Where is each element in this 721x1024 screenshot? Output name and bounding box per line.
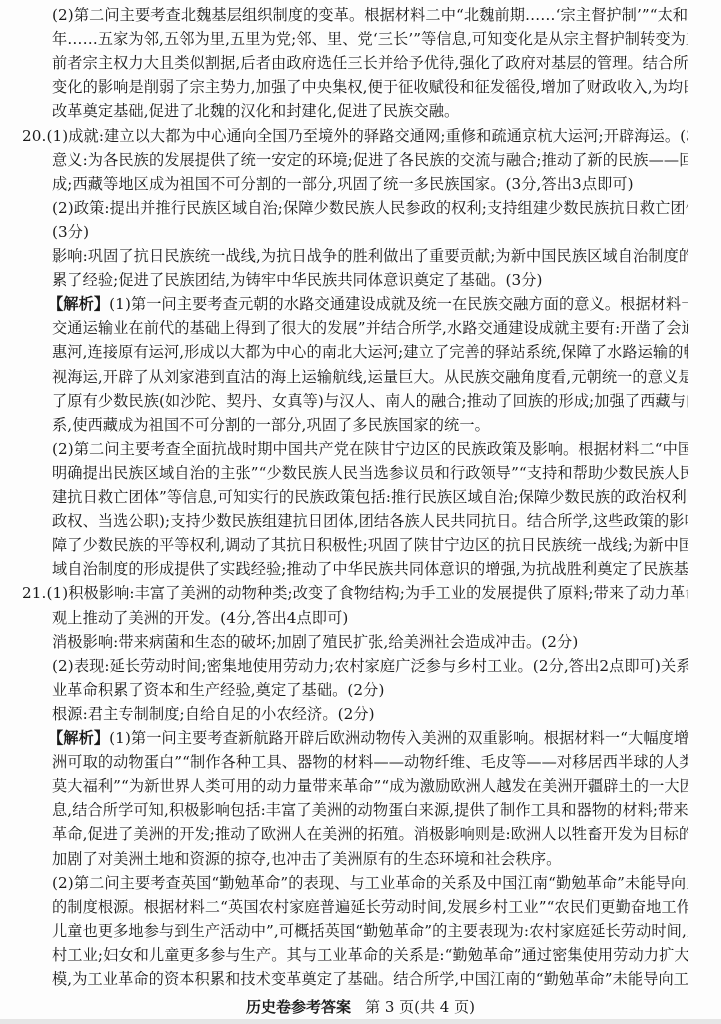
- line-text: 交通运输业在前代的基础上得到了很大的发展”并结合所学,水路交通建设成就主要有:开…: [52, 319, 688, 337]
- text-line: 村工业;妇女和儿童更多参与生产。其与工业革命的关系是:“勤勉革命”通过密集使用劳…: [52, 943, 688, 967]
- line-text: 革命,促进了美洲的开发;推动了欧洲人在美洲的拓殖。消极影响则是:欧洲人以牲畜开发…: [52, 825, 688, 843]
- question-line: 21.(1)积极影响:丰富了美洲的动物种类;改变了食物结构;为手工业的发展提供了…: [22, 581, 688, 605]
- line-text: 业革命积累了资本和生产经验,奠定了基础。(2分): [52, 681, 385, 699]
- line-text: 视海运,开辟了从刘家港到直沽的海上运输航线,运量巨大。从民族交融角度看,元朝统一…: [52, 368, 688, 386]
- line-text: 村工业;妇女和儿童更多参与生产。其与工业革命的关系是:“勤勉革命”通过密集使用劳…: [52, 946, 688, 964]
- line-text: 了原有少数民族(如沙陀、契丹、女真等)与汉人、南人的融合;推动了回族的形成;加强…: [52, 392, 688, 410]
- line-text: 影响:巩固了抗日民族统一战线,为抗日战争的胜利做出了重要贡献;为新中国民族区域自…: [52, 247, 688, 265]
- line-text: (1)第一问主要考查新航路开辟后欧洲动物传入美洲的双重影响。根据材料一“大幅度增…: [109, 729, 688, 747]
- line-text: 儿童也更多地参与到生产活动中”,可概括英国“勤勉革命”的主要表现为:农村家庭延长…: [52, 922, 688, 940]
- line-text: (2)第二问主要考查全面抗战时期中国共产党在陕甘宁边区的民族政策及影响。根据材料…: [52, 440, 688, 458]
- text-line: (2)第二问主要考查英国“勤勉革命”的表现、与工业革命的关系及中国江南“勤勉革命…: [52, 871, 688, 895]
- line-text: 明确提出民族区域自治的主张”“少数民族人民当选参议员和行政领导”“支持和帮助少数…: [52, 464, 688, 482]
- line-text: 域自治制度的形成提供了实践经验;推动了中华民族共同体意识的增强,为抗战胜利奠定了…: [52, 560, 688, 578]
- line-text: 观上推动了美洲的开发。(4分,答出4点即可): [52, 609, 348, 627]
- text-line: 的制度根源。根据材料二“英国农村家庭普遍延长劳动时间,发展乡村工业”“农民们更勤…: [52, 895, 688, 919]
- line-text: 年……五家为邻,五邻为里,五里为党;邻、里、党‘三长’”等信息,可知变化是从宗主…: [52, 30, 688, 48]
- text-line: 政权、当选公职);支持少数民族组建抗日团体,团结各族人民共同抗日。结合所学,这些…: [52, 509, 688, 533]
- text-line: 意义:为各民族的发展提供了统一安定的环境;促进了各民族的交流与融合;推动了新的民…: [52, 148, 688, 172]
- question-line: 20.(1)成就:建立以大都为中心通向全国乃至境外的驿路交通网;重修和疏通京杭大…: [22, 124, 688, 148]
- text-line: 改革奠定基础,促进了北魏的汉化和封建化,促进了民族交融。: [52, 99, 688, 123]
- line-text: (2)第二问主要考查英国“勤勉革命”的表现、与工业革命的关系及中国江南“勤勉革命…: [52, 874, 688, 892]
- text-line: 成;西藏等地区成为祖国不可分割的一部分,巩固了统一多民族国家。(3分,答出3点即…: [52, 172, 688, 196]
- line-text: 改革奠定基础,促进了北魏的汉化和封建化,促进了民族交融。: [52, 102, 459, 120]
- line-text: (2)第二问主要考查北魏基层组织制度的变革。根据材料二中“北魏前期……‘宗主督护…: [52, 6, 688, 24]
- bottom-edge: [0, 1019, 721, 1024]
- text-line: 了原有少数民族(如沙陀、契丹、女真等)与汉人、南人的融合;推动了回族的形成;加强…: [52, 389, 688, 413]
- text-line: 消极影响:带来病菌和生态的破坏;加剧了殖民扩张,给美洲社会造成冲击。(2分): [52, 630, 688, 654]
- footer-page-number: 第 3 页(共 4 页): [365, 998, 475, 1016]
- line-text: 息,结合所学可知,积极影响包括:丰富了美洲的动物蛋白来源,提供了制作工具和器物的…: [52, 801, 688, 819]
- line-text: 洲可取的动物蛋白”“制作各种工具、器物的材料——动物纤维、毛皮等——对移居西半球…: [52, 753, 688, 771]
- line-text: 前者宗主权力大且类似割据,后者由政府选任三长并给予优待,强化了政府对基层的管理。…: [52, 54, 688, 72]
- text-line: 明确提出民族区域自治的主张”“少数民族人民当选参议员和行政领导”“支持和帮助少数…: [52, 461, 688, 485]
- line-text: 莫大福利”“为新世界人类可用的动力量带来革命”“成为激励欧洲人越发在美洲开疆辟土…: [52, 777, 688, 795]
- footer-title: 历史卷参考答案: [246, 998, 351, 1016]
- text-line: 影响:巩固了抗日民族统一战线,为抗日战争的胜利做出了重要贡献;为新中国民族区域自…: [52, 244, 688, 268]
- line-text: (3分): [52, 223, 89, 241]
- text-line: 息,结合所学可知,积极影响包括:丰富了美洲的动物蛋白来源,提供了制作工具和器物的…: [52, 798, 688, 822]
- line-text: (2)政策:提出并推行民族区域自治;保障少数民族人民参政的权利;支持组建少数民族…: [52, 199, 688, 217]
- line-text: (2)表现:延长劳动时间;密集地使用劳动力;农村家庭广泛参与乡村工业。(2分,答…: [52, 657, 688, 675]
- answer-key-page: (2)第二问主要考查北魏基层组织制度的变革。根据材料二中“北魏前期……‘宗主督护…: [0, 0, 721, 1024]
- text-line: (2)政策:提出并推行民族区域自治;保障少数民族人民参政的权利;支持组建少数民族…: [52, 196, 688, 220]
- page-footer: 历史卷参考答案第 3 页(共 4 页): [0, 995, 721, 1019]
- line-text: 21.(1)积极影响:丰富了美洲的动物种类;改变了食物结构;为手工业的发展提供了…: [22, 584, 688, 602]
- text-line: 模,为工业革命的资本积累和技术变革奠定了基础。结合所学,中国江南的“勤勉革命”未…: [52, 967, 688, 991]
- text-line: 系,使西藏成为祖国不可分割的一部分,巩固了多民族国家的统一。: [52, 413, 688, 437]
- line-text: 根源:君主专制制度;自给自足的小农经济。(2分): [52, 705, 375, 723]
- analysis-label: 【解析】: [48, 729, 109, 747]
- text-line: 根源:君主专制制度;自给自足的小农经济。(2分): [52, 702, 688, 726]
- analysis-line: 【解析】(1)第一问主要考查新航路开辟后欧洲动物传入美洲的双重影响。根据材料一“…: [48, 726, 688, 750]
- text-line: 前者宗主权力大且类似割据,后者由政府选任三长并给予优待,强化了政府对基层的管理。…: [52, 51, 688, 75]
- text-line: 莫大福利”“为新世界人类可用的动力量带来革命”“成为激励欧洲人越发在美洲开疆辟土…: [52, 774, 688, 798]
- text-line: 观上推动了美洲的开发。(4分,答出4点即可): [52, 606, 688, 630]
- line-text: 成;西藏等地区成为祖国不可分割的一部分,巩固了统一多民族国家。(3分,答出3点即…: [52, 175, 634, 193]
- text-line: (2)第二问主要考查北魏基层组织制度的变革。根据材料二中“北魏前期……‘宗主督护…: [52, 3, 688, 27]
- text-line: 年……五家为邻,五邻为里,五里为党;邻、里、党‘三长’”等信息,可知变化是从宗主…: [52, 27, 688, 51]
- text-line: 业革命积累了资本和生产经验,奠定了基础。(2分): [52, 678, 688, 702]
- line-text: (1)第一问主要考查元朝的水路交通建设成就及统一在民族交融方面的意义。根据材料一…: [109, 295, 688, 313]
- line-text: 的制度根源。根据材料二“英国农村家庭普遍延长劳动时间,发展乡村工业”“农民们更勤…: [52, 898, 688, 916]
- text-line: 建抗日救亡团体”等信息,可知实行的民族政策包括:推行民族区域自治;保障少数民族的…: [52, 485, 688, 509]
- line-text: 意义:为各民族的发展提供了统一安定的环境;促进了各民族的交流与融合;推动了新的民…: [52, 151, 688, 169]
- text-line: 域自治制度的形成提供了实践经验;推动了中华民族共同体意识的增强,为抗战胜利奠定了…: [52, 557, 688, 581]
- text-line: 洲可取的动物蛋白”“制作各种工具、器物的材料——动物纤维、毛皮等——对移居西半球…: [52, 750, 688, 774]
- text-line: 革命,促进了美洲的开发;推动了欧洲人在美洲的拓殖。消极影响则是:欧洲人以牲畜开发…: [52, 822, 688, 846]
- text-line: 加剧了对美洲土地和资源的掠夺,也冲击了美洲原有的生态环境和社会秩序。: [52, 847, 688, 871]
- analysis-line: 【解析】(1)第一问主要考查元朝的水路交通建设成就及统一在民族交融方面的意义。根…: [48, 292, 688, 316]
- text-line: 交通运输业在前代的基础上得到了很大的发展”并结合所学,水路交通建设成就主要有:开…: [52, 316, 688, 340]
- line-text: 障了少数民族的平等权利,调动了其抗日积极性;巩固了陕甘宁边区的抗日民族统一战线;…: [52, 536, 688, 554]
- line-text: 建抗日救亡团体”等信息,可知实行的民族政策包括:推行民族区域自治;保障少数民族的…: [52, 488, 688, 506]
- line-text: 模,为工业革命的资本积累和技术变革奠定了基础。结合所学,中国江南的“勤勉革命”未…: [52, 970, 688, 988]
- text-line: (3分): [52, 220, 688, 244]
- text-line: 儿童也更多地参与到生产活动中”,可概括英国“勤勉革命”的主要表现为:农村家庭延长…: [52, 919, 688, 943]
- analysis-label: 【解析】: [48, 295, 109, 313]
- line-text: 系,使西藏成为祖国不可分割的一部分,巩固了多民族国家的统一。: [52, 416, 490, 434]
- line-text: 政权、当选公职);支持少数民族组建抗日团体,团结各族人民共同抗日。结合所学,这些…: [52, 512, 688, 530]
- line-text: 加剧了对美洲土地和资源的掠夺,也冲击了美洲原有的生态环境和社会秩序。: [52, 850, 561, 868]
- text-line: 累了经验;促进了民族团结,为铸牢中华民族共同体意识奠定了基础。(3分): [52, 268, 688, 292]
- line-text: 20.(1)成就:建立以大都为中心通向全国乃至境外的驿路交通网;重修和疏通京杭大…: [22, 127, 688, 145]
- text-line: 视海运,开辟了从刘家港到直沽的海上运输航线,运量巨大。从民族交融角度看,元朝统一…: [52, 365, 688, 389]
- text-line: (2)第二问主要考查全面抗战时期中国共产党在陕甘宁边区的民族政策及影响。根据材料…: [52, 437, 688, 461]
- line-text: 变化的影响是削弱了宗主势力,加强了中央集权,便于征收赋役和征发徭役,增加了财政收…: [52, 78, 688, 96]
- text-line: 障了少数民族的平等权利,调动了其抗日积极性;巩固了陕甘宁边区的抗日民族统一战线;…: [52, 533, 688, 557]
- text-line: (2)表现:延长劳动时间;密集地使用劳动力;农村家庭广泛参与乡村工业。(2分,答…: [52, 654, 688, 678]
- text-line: 惠河,连接原有运河,形成以大都为中心的南北大运河;建立了完善的驿站系统,保障了水…: [52, 340, 688, 364]
- line-text: 消极影响:带来病菌和生态的破坏;加剧了殖民扩张,给美洲社会造成冲击。(2分): [52, 633, 578, 651]
- text-line: 变化的影响是削弱了宗主势力,加强了中央集权,便于征收赋役和征发徭役,增加了财政收…: [52, 75, 688, 99]
- line-text: 累了经验;促进了民族团结,为铸牢中华民族共同体意识奠定了基础。(3分): [52, 271, 543, 289]
- line-text: 惠河,连接原有运河,形成以大都为中心的南北大运河;建立了完善的驿站系统,保障了水…: [52, 343, 688, 361]
